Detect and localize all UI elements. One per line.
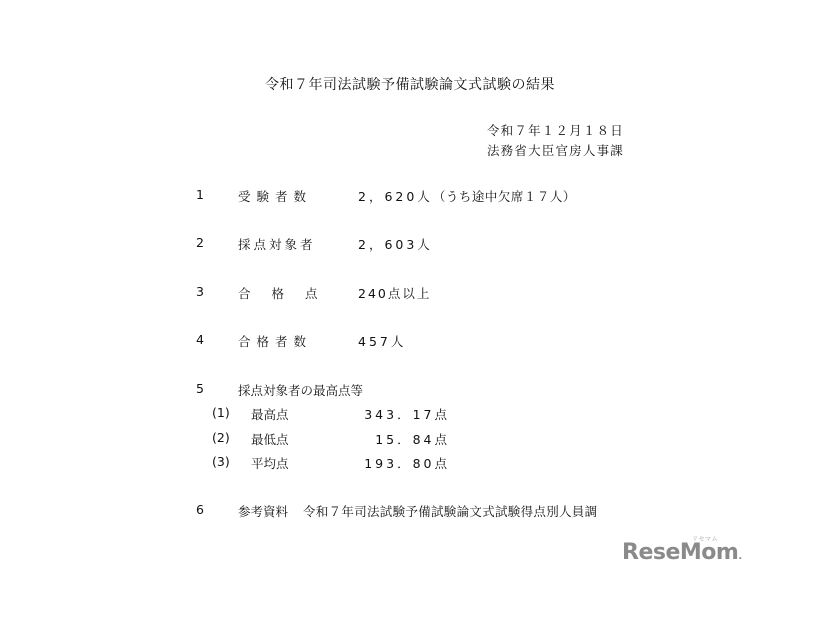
score-number: (3)	[212, 454, 230, 469]
reference-document-title: 令和７年司法試験予備試験論文式試験得点別人員調	[303, 502, 597, 520]
item-label-reference: 参考資料	[238, 502, 288, 520]
score-value-min: 15．84点	[358, 430, 450, 448]
issue-date: 令和７年１２月１８日	[487, 121, 624, 141]
score-label-avg: 平均点	[251, 454, 289, 472]
item-value-graded: 2，603人	[358, 235, 433, 253]
issuer: 法務省大臣官房人事課	[487, 141, 624, 161]
logo-brand: ReseMom	[622, 540, 738, 565]
examinees-absent-note: （うち途中欠席１７人）	[433, 189, 576, 204]
score-value-max: 343．17点	[358, 405, 450, 423]
item-number: 2	[196, 235, 204, 250]
resemom-logo: ReseMom. リセマム	[622, 540, 742, 565]
item-label-score-stats: 採点対象者の最高点等	[238, 381, 363, 399]
score-label-max: 最高点	[251, 405, 289, 423]
item-number: 6	[196, 502, 204, 517]
logo-kana: リセマム	[692, 534, 718, 543]
item-value-passing-score: 240点以上	[358, 284, 431, 302]
item-number: 3	[196, 284, 204, 299]
item-number: 5	[196, 381, 204, 396]
score-label-min: 最低点	[251, 430, 289, 448]
issue-block: 令和７年１２月１８日 法務省大臣官房人事課	[487, 121, 624, 161]
score-number: (1)	[212, 405, 230, 420]
item-label-passing-score: 合格点	[238, 284, 339, 302]
item-label-passers: 合格者数	[238, 332, 312, 350]
item-number: 4	[196, 332, 204, 347]
item-number: 1	[196, 187, 204, 202]
document-title: 令和７年司法試験予備試験論文式試験の結果	[0, 74, 820, 94]
item-value-examinees: 2，620人（うち途中欠席１７人）	[358, 187, 576, 205]
item-label-graded: 採点対象者	[238, 235, 316, 253]
item-label-examinees: 受験者数	[238, 187, 312, 205]
score-number: (2)	[212, 430, 230, 445]
item-value-passers: 457人	[358, 332, 406, 350]
score-value-avg: 193．80点	[358, 454, 450, 472]
examinees-count: 2，620人	[358, 189, 433, 204]
logo-dot-icon: .	[738, 551, 741, 562]
